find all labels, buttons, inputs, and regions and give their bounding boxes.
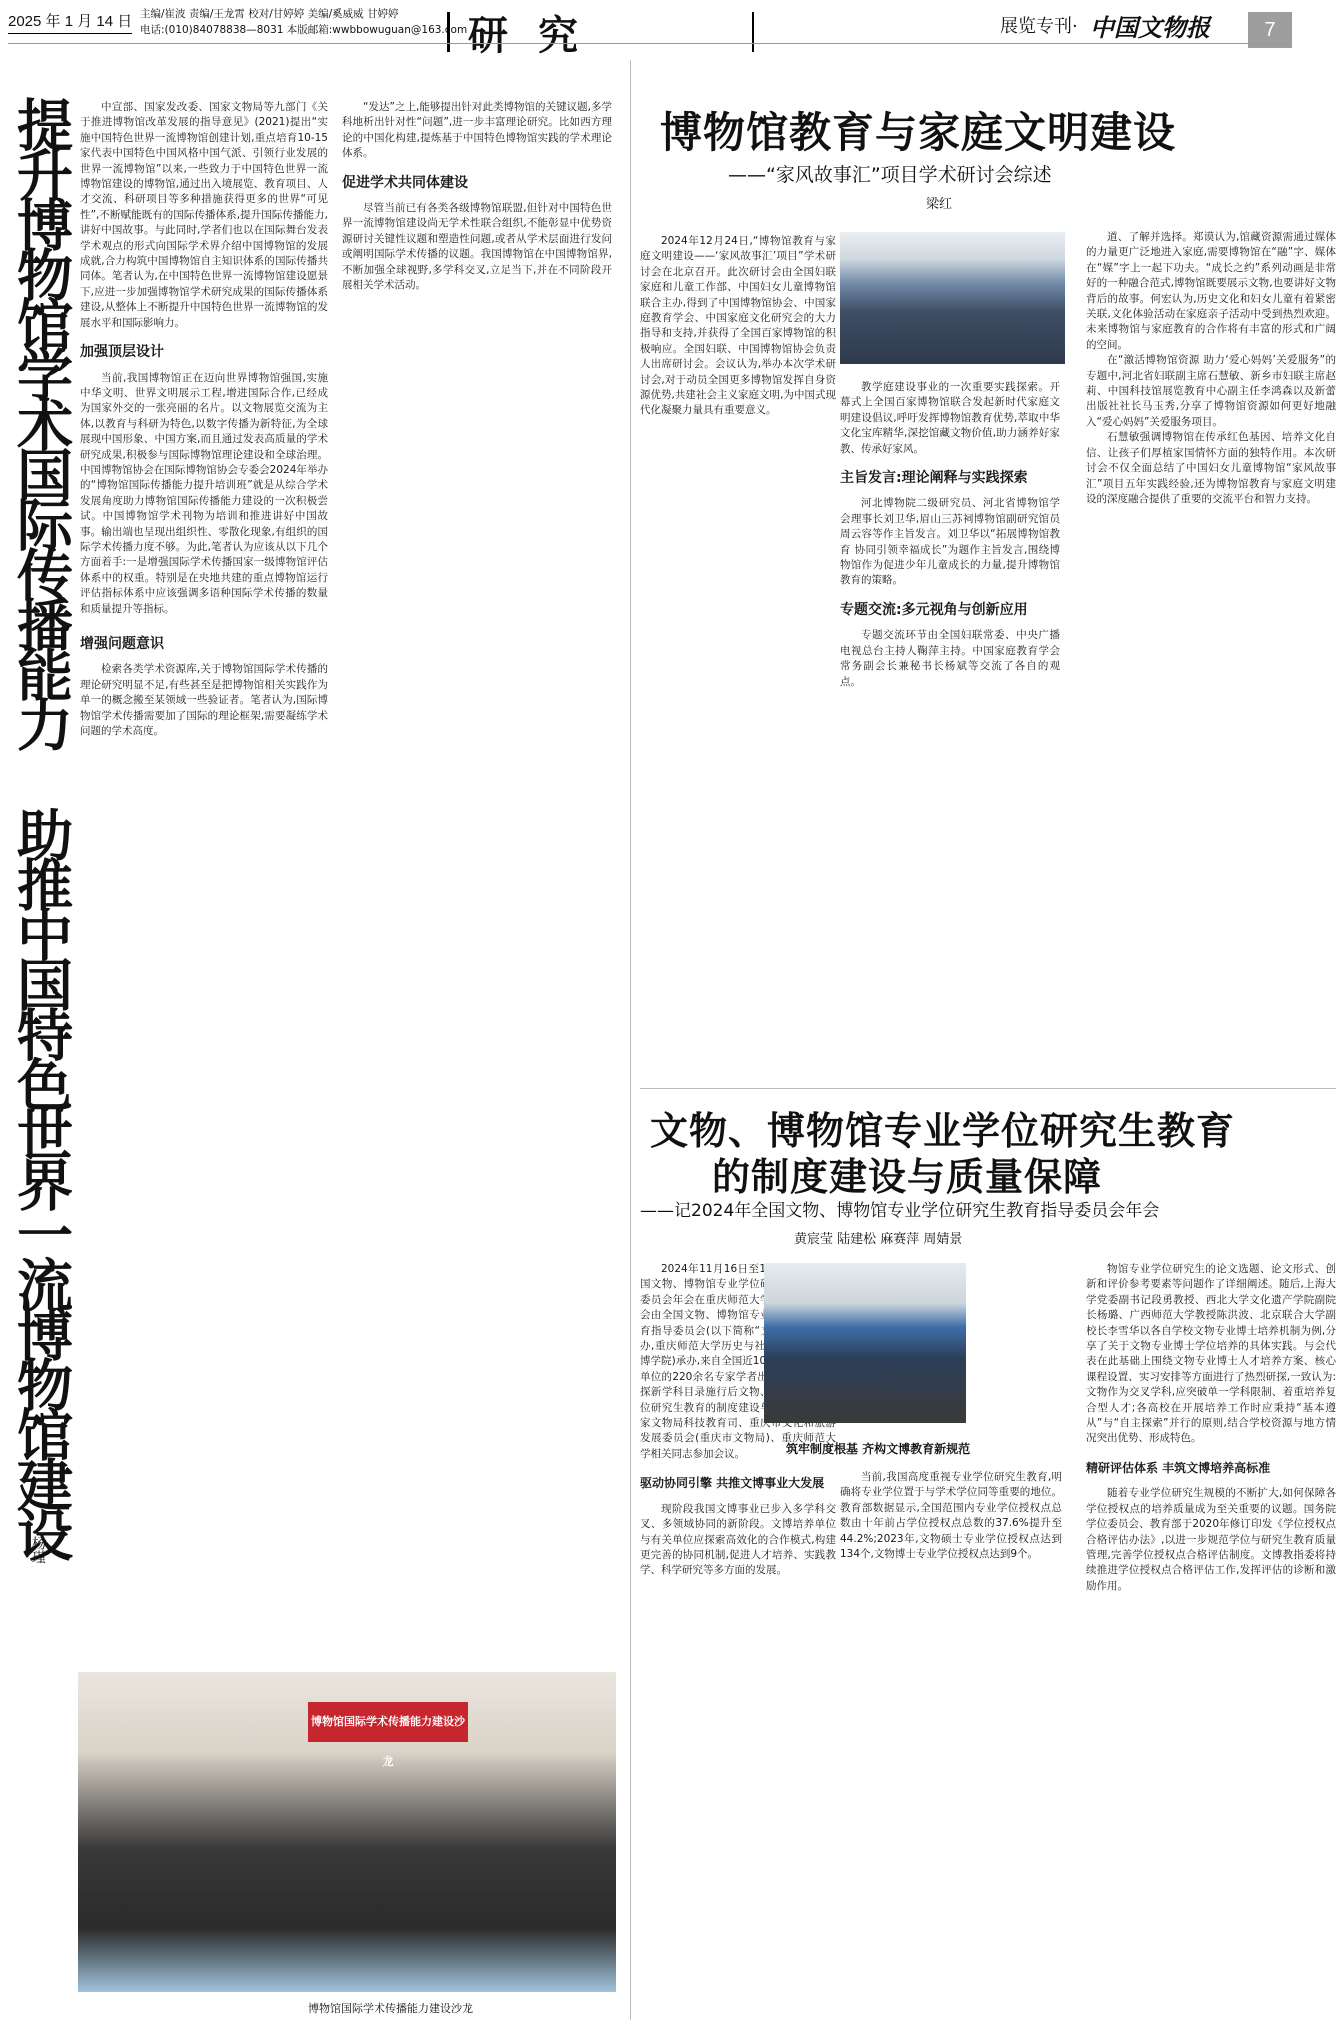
article3-column-2: 当前,我国高度重视专业学位研究生教育,明确将专业学位置于与学术学位同等重要的地位… — [840, 1470, 1062, 2030]
article2-photo — [840, 232, 1065, 364]
special-issue-label: 展览专刊· — [1000, 12, 1078, 38]
article3-photo — [764, 1263, 966, 1423]
article1-title: 提升博物馆学术国际传播能力 助推中国特色世界一流博物馆建设 — [8, 96, 70, 1556]
paragraph: “发达”之上,能够提出针对此类博物馆的关键议题,多学科地析出针对性“问题”,进一… — [342, 100, 612, 162]
paragraph: 道、了解并选择。郑谟认为,馆藏资源需通过媒体的力量更广泛地进入家庭,需要博物馆在… — [1086, 230, 1336, 353]
editors-line: 主编/崔波 责编/王龙霄 校对/甘婷婷 美编/奚威威 甘婷婷 — [140, 6, 467, 22]
subheading: 促进学术共同体建设 — [342, 176, 612, 191]
newspaper-logo: 中国文物报 — [1090, 8, 1210, 43]
masthead-meta: 主编/崔波 责编/王龙霄 校对/甘婷婷 美编/奚威威 甘婷婷 电话:(010)8… — [140, 6, 467, 38]
masthead-divider — [752, 12, 754, 52]
paragraph: 检索各类学术资源库,关于博物馆国际学术传播的理论研究明显不足,有些甚至是把博物馆… — [80, 662, 328, 739]
paragraph: 河北博物院二级研究员、河北省博物馆学会理事长刘卫华,眉山三苏祠博物馆副研究馆员周… — [840, 496, 1060, 588]
subheading: 主旨发言:理论阐释与实践探索 — [840, 471, 1060, 486]
paragraph: 2024年12月24日,“博物馆教育与家庭文明建设——‘家风故事汇’项目”学术研… — [640, 234, 836, 419]
subheading: 专题交流:多元视角与创新应用 — [840, 603, 1060, 618]
subheading: 加强顶层设计 — [80, 345, 328, 360]
article1-photo-caption: 博物馆国际学术传播能力建设沙龙 — [308, 2000, 473, 2016]
article2-subtitle: ——“家风故事汇”项目学术研讨会综述 — [728, 160, 1052, 187]
contact-line: 电话:(010)84078838—8031 本版邮箱:wwbbowuguan@1… — [140, 22, 467, 38]
paragraph: 现阶段我国文博事业已步入多学科交叉、多领域协同的新阶段。文博培养单位与有关单位应… — [640, 1502, 836, 1579]
section-rule — [640, 1088, 1336, 1089]
article3-authors: 黄宸莹 陆建松 麻赛萍 周婧景 — [794, 1228, 962, 1247]
paragraph: 专题交流环节由全国妇联常委、中央广播电视总台主持人鞠萍主持。中国家庭教育学会常务… — [840, 628, 1060, 690]
article2-column-1: 2024年12月24日,“博物馆教育与家庭文明建设——‘家风故事汇’项目”学术研… — [640, 234, 836, 1074]
paragraph: 教学庭建设事业的一次重要实践探索。开幕式上全国百家博物馆联合发起新时代家庭文明建… — [840, 380, 1060, 457]
article2-author: 梁红 — [926, 193, 952, 212]
photo-banner: 博物馆国际学术传播能力建设沙龙 — [308, 1702, 468, 1742]
article3-section-head: 筑牢制度根基 齐构文博教育新规范 — [786, 1440, 970, 1457]
paragraph: 当前,我国博物馆正在迈向世界博物馆强国,实施中华文明、世界文明展示工程,增进国际… — [80, 371, 328, 618]
article2-column-3: 道、了解并选择。郑谟认为,馆藏资源需通过媒体的力量更广泛地进入家庭,需要博物馆在… — [1086, 230, 1336, 1080]
article3-title-line2: 的制度建设与质量保障 — [712, 1146, 1102, 1201]
article1-column-2: “发达”之上,能够提出针对此类博物馆的关键议题,多学科地析出针对性“问题”,进一… — [342, 100, 612, 1660]
section-title: 研究 — [468, 4, 608, 61]
paragraph: 物馆专业学位研究生的论文选题、论文形式、创新和评价参考要素等问题作了详细阐述。随… — [1086, 1262, 1336, 1447]
subheading: 驱动协同引擎 共推文博事业大发展 — [640, 1476, 836, 1491]
article3-subtitle: ——记2024年全国文物、博物馆专业学位研究生教育指导委员会年会 — [640, 1196, 1159, 1221]
paragraph: 随着专业学位研究生规模的不断扩大,如何保障各学位授权点的培养质量成为至关重要的议… — [1086, 1486, 1336, 1594]
subheading: 增强问题意识 — [80, 637, 328, 652]
subheading: 精研评估体系 丰筑文博培养高标准 — [1086, 1461, 1336, 1476]
article1-photo: 博物馆国际学术传播能力建设沙龙 — [78, 1672, 616, 1992]
article1-author: 杨瑾 — [28, 1536, 48, 1564]
article1-column-1: 中宣部、国家发改委、国家文物局等九部门《关于推进博物馆改革发展的指导意见》(20… — [80, 100, 328, 1660]
masthead-divider — [447, 12, 450, 52]
article2-title: 博物馆教育与家庭文明建设 — [660, 100, 1176, 160]
issue-date: 2025 年 1 月 14 日 — [8, 10, 132, 34]
paragraph: 中宣部、国家发改委、国家文物局等九部门《关于推进博物馆改革发展的指导意见》(20… — [80, 100, 328, 331]
masthead-rule — [8, 43, 1290, 44]
column-divider — [630, 60, 631, 2020]
paragraph: 当前,我国高度重视专业学位研究生教育,明确将专业学位置于与学术学位同等重要的地位… — [840, 1470, 1062, 1562]
paragraph: 在“激活博物馆资源 助力‘爱心妈妈’关爱服务”的专题中,河北省妇联副主席石慧敏、… — [1086, 353, 1336, 430]
paragraph: 尽管当前已有各类各级博物馆联盟,但针对中国特色世界一流博物馆建设尚无学术性联合组… — [342, 201, 612, 293]
article3-column-3: 物馆专业学位研究生的论文选题、论文形式、创新和评价参考要素等问题作了详细阐述。随… — [1086, 1262, 1336, 2032]
article2-column-2: 教学庭建设事业的一次重要实践探索。开幕式上全国百家博物馆联合发起新时代家庭文明建… — [840, 380, 1060, 1080]
paragraph: 石慧敏强调博物馆在传承红色基因、培养文化自信、让孩子们厚植家国情怀方面的独特作用… — [1086, 430, 1336, 507]
